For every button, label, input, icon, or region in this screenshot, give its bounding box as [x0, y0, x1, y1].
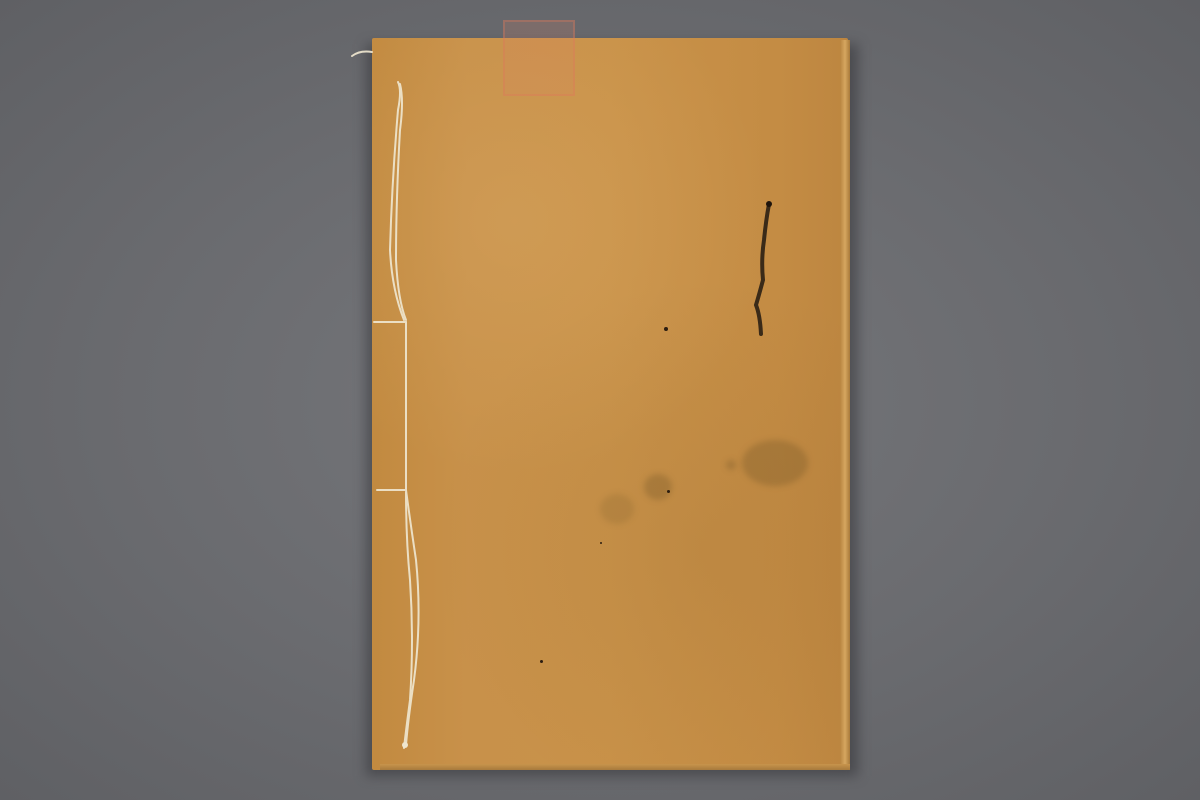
speck [600, 542, 602, 544]
stain-large [742, 440, 808, 486]
speck [540, 660, 543, 663]
worm-damage-mark [752, 200, 782, 340]
stain-medium [644, 474, 672, 500]
stain-small [726, 460, 736, 470]
stain-faint [600, 494, 634, 524]
thread-knot [402, 742, 408, 748]
speck [664, 327, 668, 331]
binding-thread [0, 0, 1200, 800]
speck [667, 490, 670, 493]
